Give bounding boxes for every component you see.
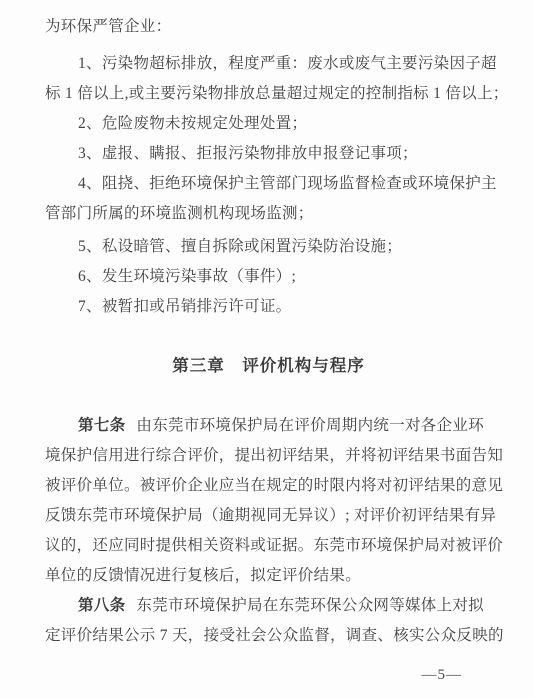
- text-line-criterion-4: 4、阻挠、拒绝环境保护主管部门现场监督检查或环境保护主: [45, 169, 492, 199]
- chapter-heading: 第三章 评价机构与程序: [45, 351, 492, 381]
- document-body: 为环保严管企业： 1、污染物超标排放，程度严重：废水或废气主要污染因子超 标 1…: [0, 0, 534, 651]
- page-number: —5—: [422, 662, 463, 688]
- text-line: 反馈东莞市环境保护局（逾期视同无异议）; 对评价初评结果有异: [45, 501, 492, 531]
- text-line: 定评价结果公示 7 天，接受社会公众监督，调查、核实公众反映的: [45, 621, 492, 651]
- text-line-criterion-3: 3、虚报、瞒报、拒报污染物排放申报登记事项；: [45, 139, 492, 169]
- text-line-article-8: 第八条东莞市环境保护局在东莞环保公众网等媒体上对拟: [45, 591, 492, 621]
- article-7-text: 由东莞市环境保护局在评价周期内统一对各企业环: [136, 417, 484, 434]
- text-line-article-7: 第七条由东莞市环境保护局在评价周期内统一对各企业环: [45, 411, 492, 441]
- article-7-term: 第七条: [78, 417, 125, 434]
- text-line: 标 1 倍以上,或主要污染物排放总量超过规定的控制指标 1 倍以上；: [45, 79, 492, 109]
- article-8-text: 东莞市环境保护局在东莞环保公众网等媒体上对拟: [136, 597, 484, 614]
- text-line: 管部门所属的环境监测机构现场监测；: [45, 199, 492, 229]
- text-line-criterion-5: 5、私设暗管、擅自拆除或闲置污染防治设施；: [45, 232, 492, 262]
- text-line-criterion-6: 6、发生环境污染事故（事件）;: [45, 262, 492, 292]
- text-line: 单位的反馈情况进行复核后，拟定评价结果。: [45, 561, 492, 591]
- text-line: 议的，还应同时提供相关资料或证据。东莞市环境保护局对被评价: [45, 531, 492, 561]
- text-line-criterion-1: 1、污染物超标排放，程度严重：废水或废气主要污染因子超: [45, 49, 492, 79]
- article-8-term: 第八条: [78, 597, 125, 614]
- text-line: 为环保严管企业：: [45, 12, 492, 42]
- document-page: 为环保严管企业： 1、污染物超标排放，程度严重：废水或废气主要污染因子超 标 1…: [0, 0, 534, 698]
- text-line-criterion-2: 2、危险废物未按规定处理处置；: [45, 109, 492, 139]
- text-line-criterion-7: 7、被暂扣或吊销排污许可证。: [45, 292, 492, 322]
- text-line: 境保护信用进行综合评价，提出初评结果，并将初评结果书面告知: [45, 441, 492, 471]
- text-line: 被评价单位。被评价企业应当在规定的时限内将对初评结果的意见: [45, 471, 492, 501]
